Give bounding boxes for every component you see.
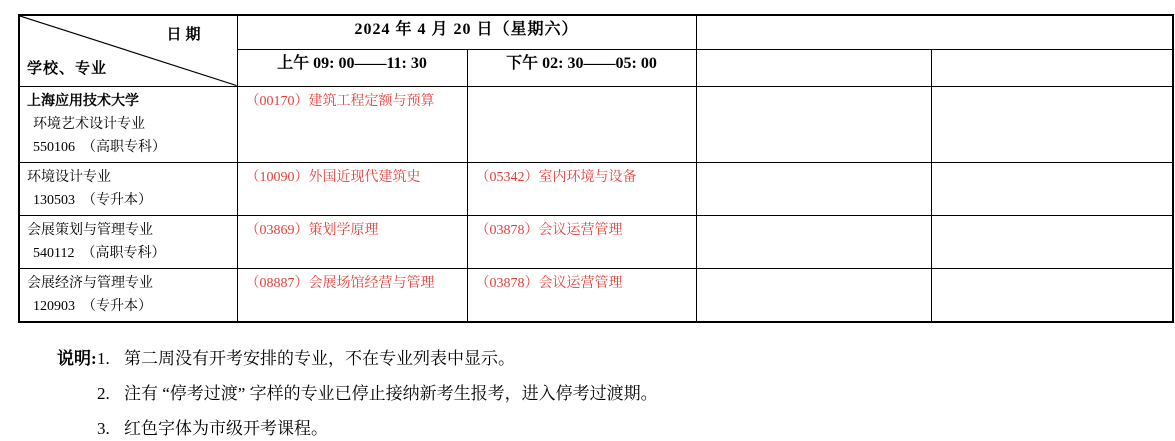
morning-course-cell: （03869）策划学原理 [237, 215, 467, 268]
school-cell: 环境设计专业 130503 （专升本） [19, 162, 237, 215]
school-name: 上海应用技术大学 [27, 90, 233, 113]
note-line: 3. 红色字体为市级开考课程。 [57, 411, 658, 441]
empty-cell [931, 215, 1173, 268]
morning-course-cell: （00170）建筑工程定额与预算 [237, 86, 467, 162]
corner-cell: 日期 学校、专业 [19, 15, 237, 86]
note-number: 2. [97, 376, 124, 411]
school-cell: 上海应用技术大学 环境艺术设计专业 550106 （高职专科） [19, 86, 237, 162]
table-row: 会展经济与管理专业 120903 （专升本） （08887）会展场馆经营与管理 … [19, 268, 1173, 322]
note-text: 注有 “停考过渡” 字样的专业已停止接纳新考生报考，进入停考过渡期。 [124, 376, 658, 411]
note-text: 第二周没有开考安排的专业，不在专业列表中显示。 [124, 341, 515, 376]
notes-label-spacer [57, 376, 97, 411]
major-name: 会展策划与管理专业 [27, 219, 233, 242]
major-name: 环境设计专业 [27, 166, 233, 189]
major-name: 会展经济与管理专业 [27, 272, 233, 295]
empty-cell [931, 268, 1173, 322]
note-number: 3. [97, 411, 124, 441]
note-line: 说明: 1. 第二周没有开考安排的专业，不在专业列表中显示。 [57, 341, 658, 376]
empty-cell [931, 86, 1173, 162]
afternoon-course-cell: （03878）会议运营管理 [467, 268, 696, 322]
table-row: 上海应用技术大学 环境艺术设计专业 550106 （高职专科） （00170）建… [19, 86, 1173, 162]
school-cell: 会展经济与管理专业 120903 （专升本） [19, 268, 237, 322]
morning-header-cell: 上午 09: 00——11: 30 [237, 49, 467, 86]
major-code: 550106 （高职专科） [27, 136, 233, 159]
table-row: 会展策划与管理专业 540112 （高职专科） （03869）策划学原理 （03… [19, 215, 1173, 268]
empty-cell [696, 49, 931, 86]
school-cell: 会展策划与管理专业 540112 （高职专科） [19, 215, 237, 268]
corner-date-label: 日期 [166, 23, 204, 44]
afternoon-header-cell: 下午 02: 30——05: 00 [467, 49, 696, 86]
major-code: 130503 （专升本） [27, 189, 233, 212]
table-row: 环境设计专业 130503 （专升本） （10090）外国近现代建筑史 （053… [19, 162, 1173, 215]
notes-label: 说明: [57, 341, 97, 376]
morning-course-cell: （08887）会展场馆经营与管理 [237, 268, 467, 322]
major-code: 120903 （专升本） [27, 295, 233, 318]
empty-cell [696, 86, 931, 162]
empty-cell [696, 215, 931, 268]
note-text: 红色字体为市级开考课程。 [124, 411, 328, 441]
empty-cell [931, 49, 1173, 86]
note-line: 2. 注有 “停考过渡” 字样的专业已停止接纳新考生报考，进入停考过渡期。 [57, 376, 658, 411]
header-row-date: 日期 学校、专业 2024 年 4 月 20 日（星期六） [19, 15, 1173, 49]
exam-schedule-table: 日期 学校、专业 2024 年 4 月 20 日（星期六） 上午 09: 00—… [18, 14, 1174, 323]
afternoon-course-cell: （05342）室内环境与设备 [467, 162, 696, 215]
empty-cell [696, 162, 931, 215]
header-empty-cell [696, 15, 1173, 49]
notes: 说明: 1. 第二周没有开考安排的专业，不在专业列表中显示。 2. 注有 “停考… [57, 341, 658, 441]
major-code: 540112 （高职专科） [27, 242, 233, 265]
afternoon-course-cell: （03878）会议运营管理 [467, 215, 696, 268]
afternoon-course-cell [467, 86, 696, 162]
date-header-cell: 2024 年 4 月 20 日（星期六） [237, 15, 696, 49]
empty-cell [931, 162, 1173, 215]
note-number: 1. [97, 341, 124, 376]
corner-school-label: 学校、专业 [27, 57, 107, 78]
notes-label-spacer [57, 411, 97, 441]
morning-course-cell: （10090）外国近现代建筑史 [237, 162, 467, 215]
exam-schedule: 日期 学校、专业 2024 年 4 月 20 日（星期六） 上午 09: 00—… [18, 14, 1174, 323]
major-name: 环境艺术设计专业 [27, 113, 233, 136]
empty-cell [696, 268, 931, 322]
